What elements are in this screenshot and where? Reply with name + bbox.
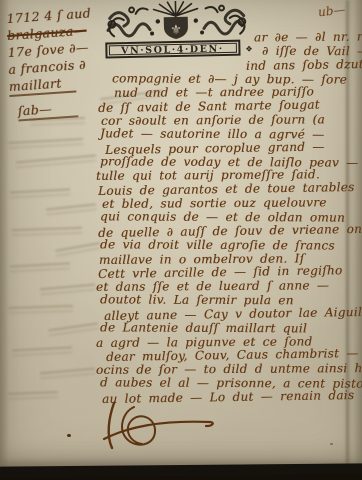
header-scribble: ub— [317, 3, 346, 20]
bleedthrough-mark [55, 242, 100, 252]
bleedthrough-mark [16, 155, 96, 164]
ink-speck [67, 434, 71, 437]
manuscript-page: 1712 4 ſ aud bralgauza— 17e ſove ∂— a fr… [0, 0, 362, 472]
bleedthrough-mark [10, 262, 70, 267]
bleedthrough-mark [8, 138, 83, 144]
bottom-edge-band [0, 463, 362, 477]
manuscript-line: ind ans ſobs dzuts ſau [246, 58, 358, 74]
right-crease [346, 0, 349, 472]
ink-speck [206, 258, 209, 260]
manuscript-line: de Lantenie dauſſ maillart quil [100, 321, 358, 336]
bleedthrough-mark [40, 368, 95, 375]
bleedthrough-mark [46, 203, 96, 210]
right-edge-shadow [354, 0, 362, 472]
scanned-document: 1712 4 ſ aud bralgauza— 17e ſove ∂— a fr… [0, 0, 362, 480]
manuscript-body: ar ∂e — ∂l nr. redanne∂ iſſe de Vail —in… [96, 31, 358, 405]
bleedthrough-mark [8, 305, 73, 309]
manuscript-line: de via droit ville agroſie de ſrancs [100, 238, 358, 253]
bleedthrough-mark [12, 346, 72, 351]
bleedthrough-mark [12, 227, 82, 231]
bleedthrough-mark [10, 188, 70, 193]
bleedthrough-mark [8, 391, 58, 395]
bleedthrough-mark [48, 323, 98, 332]
ink-speck [330, 443, 333, 445]
left-edge-shadow [0, 0, 9, 472]
stamp-rays [153, 1, 197, 17]
bleedthrough-mark [40, 284, 95, 291]
signature-flourish [98, 397, 222, 453]
